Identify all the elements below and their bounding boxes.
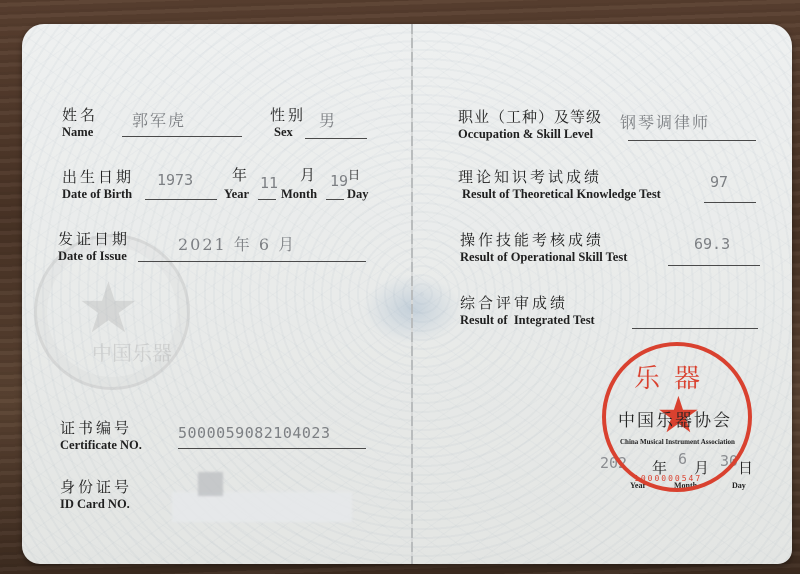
issue-day-en: Day	[732, 481, 746, 490]
occupation-field: 职业（工种）及等级 Occupation & Skill Level	[458, 106, 602, 142]
birth-day-underline	[326, 199, 344, 200]
birth-year-en: Year	[224, 187, 249, 202]
occupation-value: 钢琴调律师	[620, 110, 710, 133]
theory-underline	[704, 202, 756, 203]
birth-year-value: 1973	[157, 171, 193, 189]
operational-label-cn: 操作技能考核成绩	[460, 229, 627, 250]
birth-day-en: Day	[347, 187, 369, 202]
id-card-label-cn: 身份证号	[60, 476, 132, 497]
booklet-spine	[411, 24, 413, 564]
birth-field: 出生日期 Date of Birth	[62, 166, 134, 202]
stamp-serial: 1000000547	[634, 474, 702, 483]
name-field: 姓名 Name	[62, 104, 98, 140]
sex-label-en: Sex	[274, 125, 306, 140]
birth-month-cn: 月	[300, 164, 318, 185]
official-red-stamp: 乐器 ★ 中国乐器协会 China Musical Instrument Ass…	[602, 342, 752, 492]
occupation-underline	[628, 140, 756, 141]
integrated-underline	[632, 328, 758, 329]
birth-year-cn: 年	[232, 164, 250, 185]
birth-label-en: Date of Birth	[62, 187, 134, 202]
id-card-label-en: ID Card NO.	[60, 497, 132, 512]
id-card-redaction-block	[198, 472, 223, 496]
certificate-label-en: Certificate NO.	[60, 438, 142, 453]
issue-value: 2021 年 6 月	[178, 232, 296, 255]
birth-month-en: Month	[281, 187, 317, 202]
integrated-label-cn: 综合评审成绩	[460, 292, 595, 313]
sex-underline	[305, 138, 367, 139]
birth-year-underline	[145, 199, 217, 200]
occupation-label-en: Occupation & Skill Level	[458, 127, 602, 142]
issue-field: 发证日期 Date of Issue	[58, 228, 130, 264]
certificate-value: 5000059082104023	[178, 424, 331, 442]
certificate-booklet: ★ 中国乐器 姓名 Name 郭军虎 性别 Sex 男 出生日期 Date of…	[22, 24, 792, 564]
issue-label-cn: 发证日期	[58, 228, 130, 249]
theory-field: 理论知识考试成绩 Result of Theoretical Knowledge…	[458, 166, 661, 202]
issue-underline	[138, 261, 366, 262]
occupation-label-cn: 职业（工种）及等级	[458, 106, 602, 127]
operational-underline	[668, 265, 760, 266]
id-card-field: 身份证号 ID Card NO.	[60, 476, 132, 512]
issue-label-en: Date of Issue	[58, 249, 130, 264]
sex-value: 男	[319, 108, 337, 131]
issue-day-cn: 日	[738, 457, 753, 478]
birth-month-value: 11	[260, 174, 278, 192]
emboss-seal-text: 中国乐器	[92, 337, 172, 366]
operational-label-en: Result of Operational Skill Test	[460, 250, 627, 265]
certificate-label-cn: 证书编号	[60, 417, 142, 438]
birth-day-cn: 日	[348, 166, 363, 183]
theory-label-cn: 理论知识考试成绩	[458, 166, 661, 187]
name-underline	[122, 136, 242, 137]
sex-field: 性别 Sex	[270, 104, 306, 140]
stamp-org-cn: 中国乐器协会	[618, 406, 732, 431]
birth-month-underline	[258, 199, 276, 200]
certificate-underline	[178, 448, 366, 449]
operational-field: 操作技能考核成绩 Result of Operational Skill Tes…	[460, 229, 627, 265]
operational-value: 69.3	[694, 235, 730, 253]
integrated-label-en: Result of Integrated Test	[460, 313, 595, 328]
name-label-en: Name	[62, 125, 98, 140]
name-value: 郭军虎	[132, 108, 186, 131]
certificate-field: 证书编号 Certificate NO.	[60, 417, 142, 453]
stamp-org-en: China Musical Instrument Association	[620, 438, 735, 446]
name-label-cn: 姓名	[62, 104, 98, 125]
birth-day-value: 19	[330, 172, 348, 190]
theory-label-en: Result of Theoretical Knowledge Test	[462, 187, 661, 202]
sex-label-cn: 性别	[270, 104, 306, 125]
id-card-redaction	[172, 492, 352, 522]
theory-value: 97	[710, 173, 728, 191]
integrated-field: 综合评审成绩 Result of Integrated Test	[460, 292, 595, 328]
birth-label-cn: 出生日期	[62, 166, 134, 187]
